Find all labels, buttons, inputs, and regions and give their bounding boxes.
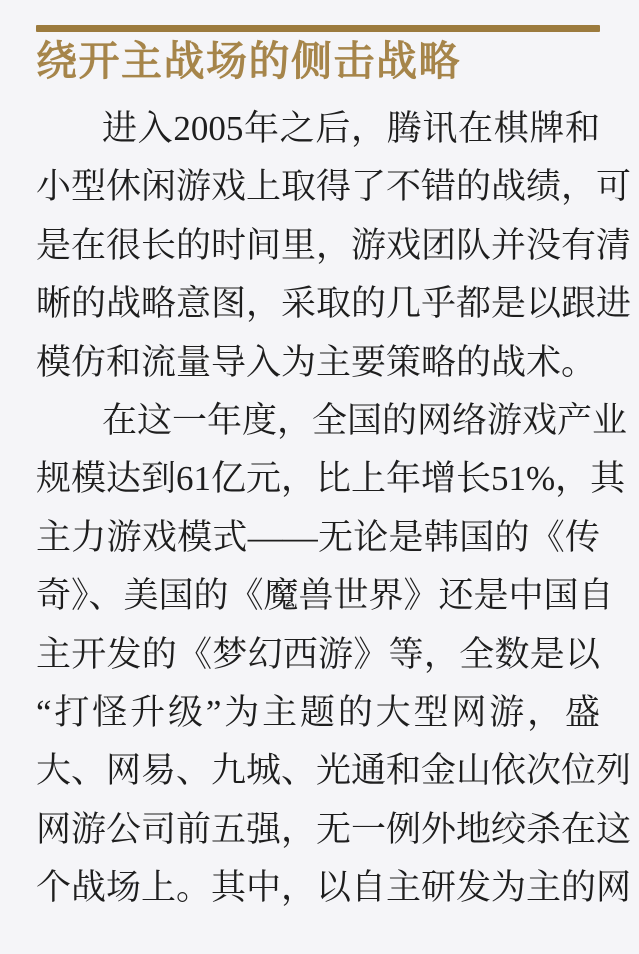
text-line: 大、网易、九城、光通和金山依次位列 <box>36 742 600 800</box>
text-line: 网游公司前五强，无一例外地绞杀在这 <box>36 801 600 859</box>
text-line: 在这一年度，全国的网络游戏产业 <box>36 392 600 450</box>
text-line: 是在很长的时间里，游戏团队并没有清 <box>36 217 600 275</box>
text-line: 进入2005年之后，腾讯在棋牌和 <box>36 100 600 158</box>
text-line: 规模达到61亿元，比上年增长51%，其 <box>36 450 600 508</box>
paragraph: 在这一年度，全国的网络游戏产业规模达到61亿元，比上年增长51%，其主力游戏模式… <box>36 392 600 918</box>
body-text: 进入2005年之后，腾讯在棋牌和小型休闲游戏上取得了不错的战绩，可是在很长的时间… <box>36 100 600 917</box>
text-line: 晰的战略意图，采取的几乎都是以跟进 <box>36 275 600 333</box>
paragraph: 进入2005年之后，腾讯在棋牌和小型休闲游戏上取得了不错的战绩，可是在很长的时间… <box>36 100 600 392</box>
text-line: 模仿和流量导入为主要策略的战术。 <box>36 334 600 392</box>
page-title: 绕开主战场的侧击战略 <box>36 37 600 86</box>
chapter-title-rule <box>36 25 600 32</box>
book-page: 绕开主战场的侧击战略 进入2005年之后，腾讯在棋牌和小型休闲游戏上取得了不错的… <box>0 0 639 954</box>
text-line: 主力游戏模式——无论是韩国的《传 <box>36 509 600 567</box>
text-line: “打怪升级”为主题的大型网游，盛 <box>36 684 600 742</box>
text-line: 个战场上。其中，以自主研发为主的网 <box>36 859 600 917</box>
text-line: 小型休闲游戏上取得了不错的战绩，可 <box>36 158 600 216</box>
text-line: 主开发的《梦幻西游》等，全数是以 <box>36 626 600 684</box>
text-line: 奇》、美国的《魔兽世界》还是中国自 <box>36 567 600 625</box>
